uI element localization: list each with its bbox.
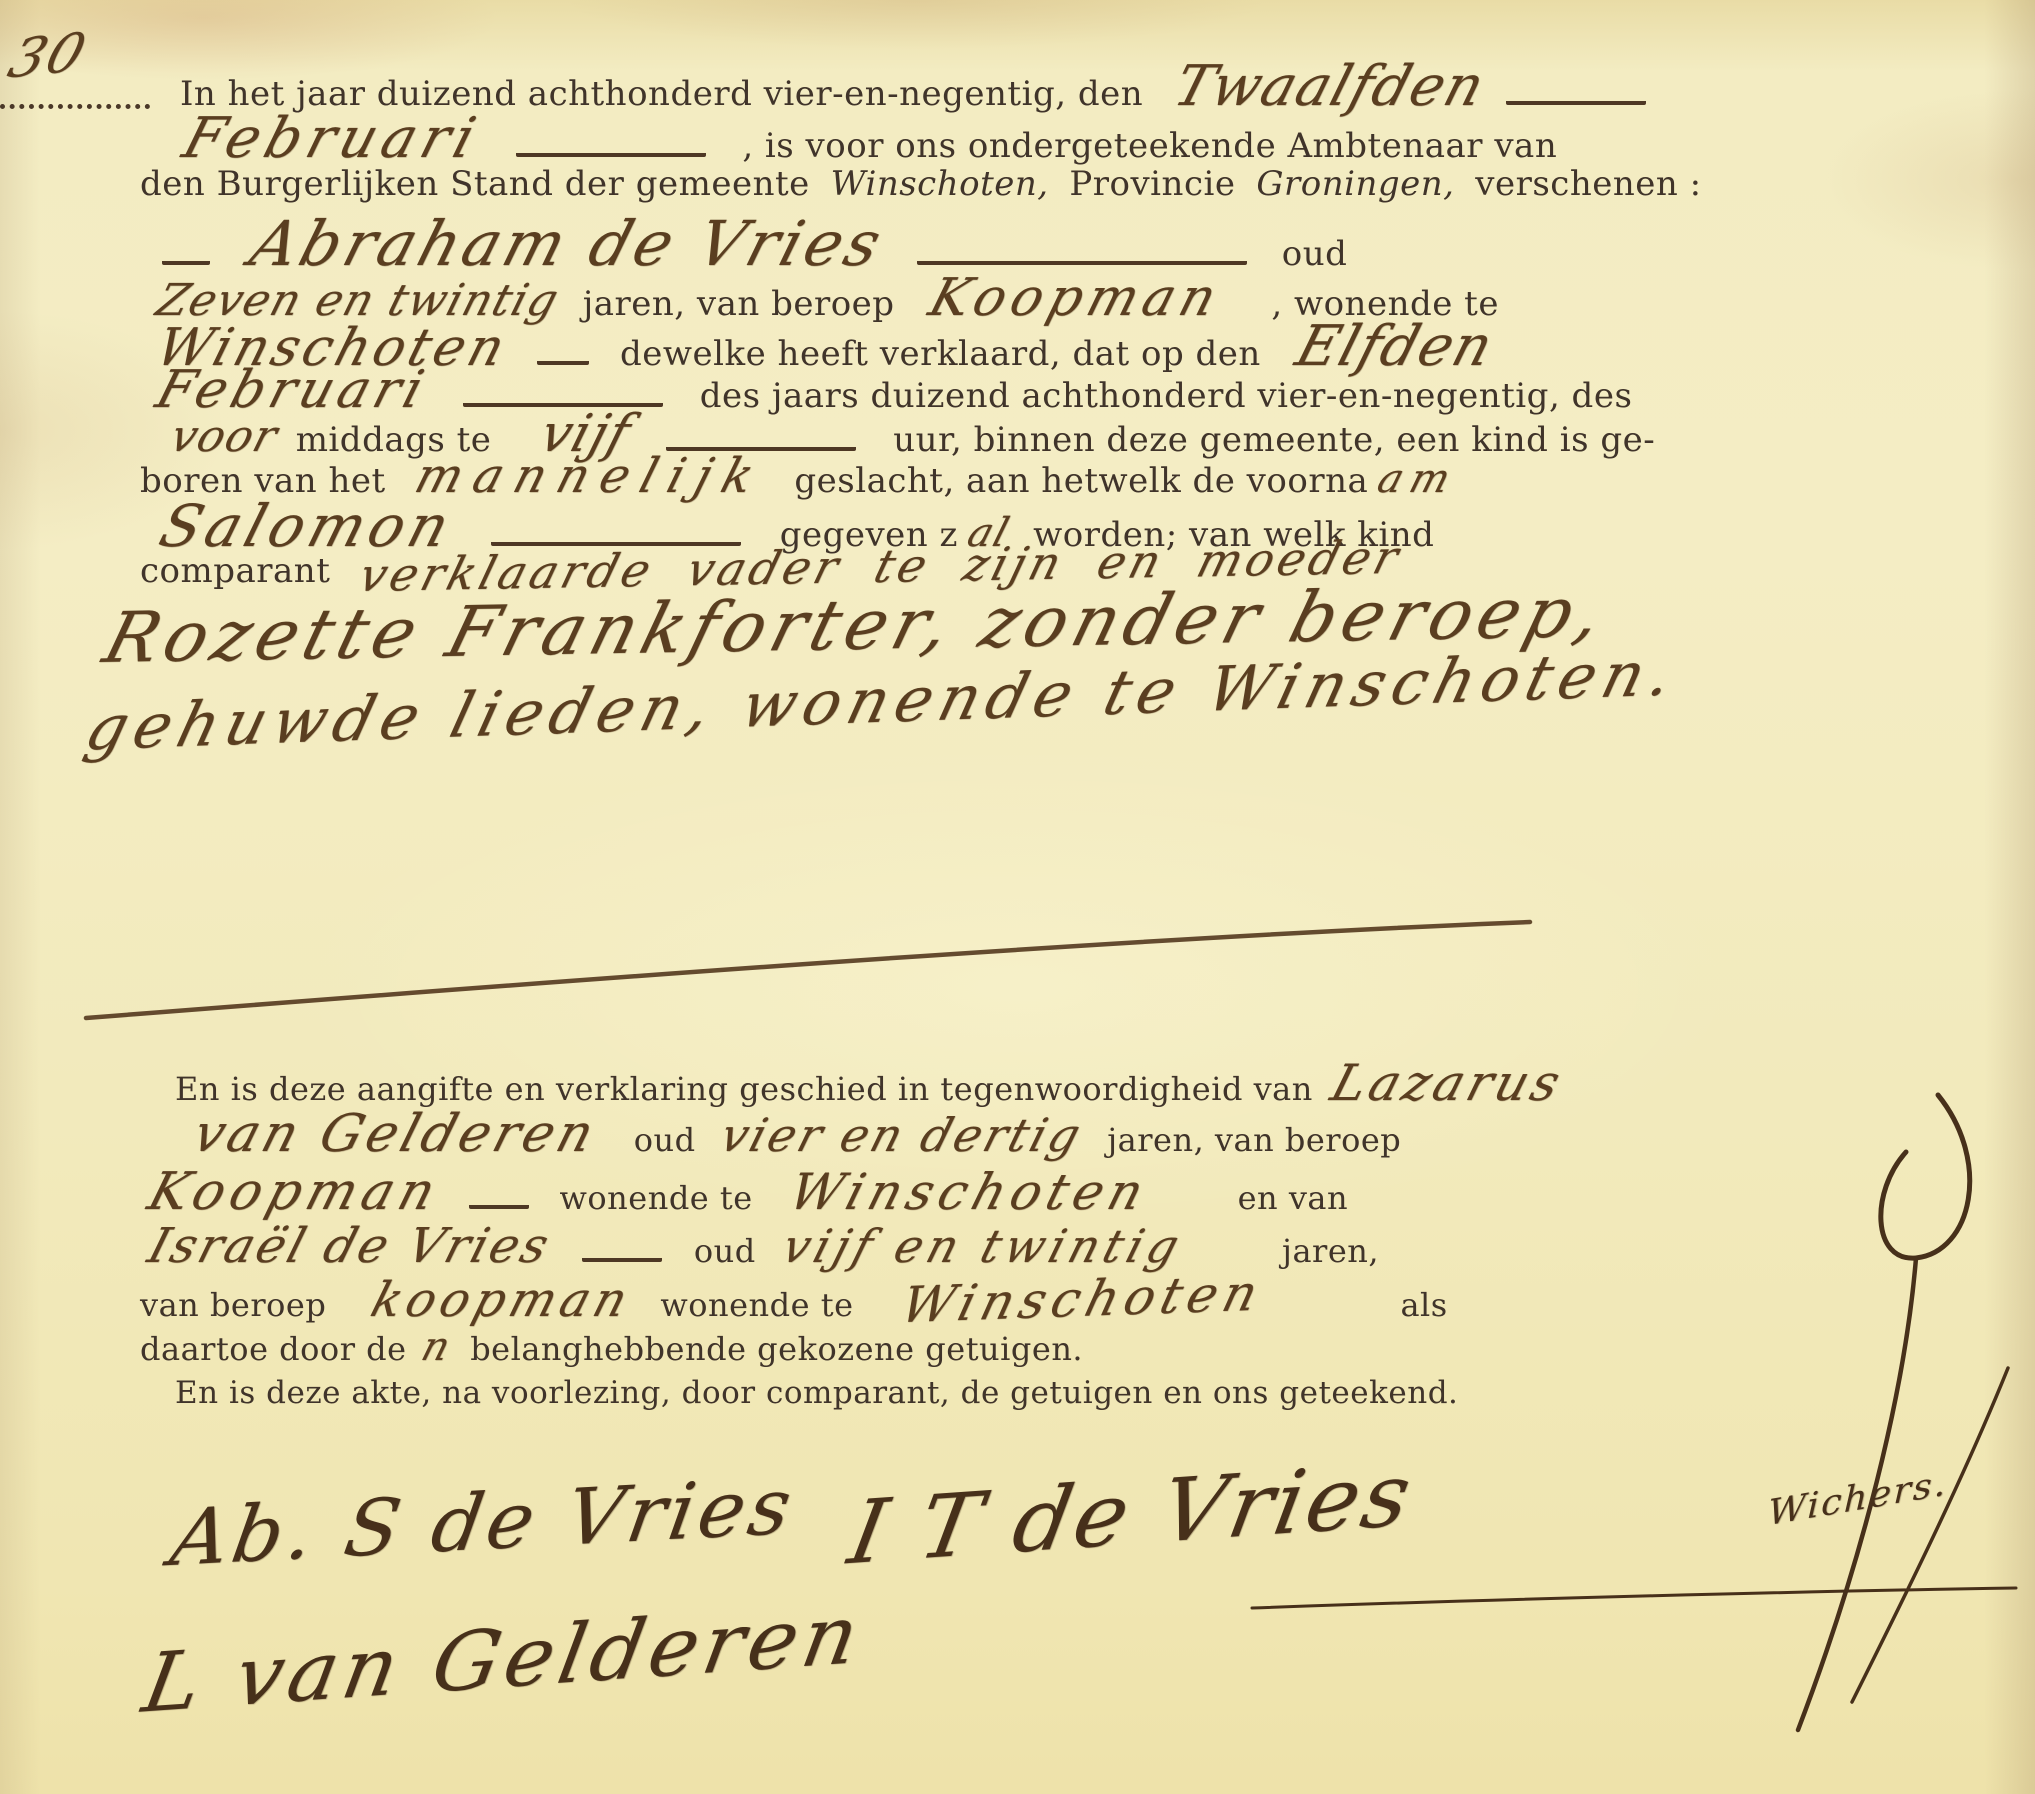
printed-en-van: en van bbox=[1238, 1179, 1348, 1217]
printed-oud-w1: oud bbox=[634, 1121, 696, 1159]
printed-province: Groningen, bbox=[1256, 164, 1454, 204]
witness1-age: vier en dertig bbox=[713, 1107, 1089, 1165]
printed-oud-w2: oud bbox=[694, 1232, 756, 1270]
official-flourish-loop bbox=[1881, 1095, 1970, 1258]
printed-province-label: Provincie bbox=[1069, 164, 1235, 204]
birth-record-page: 30 In het jaar duizend achthonderd vier-… bbox=[0, 0, 2035, 1794]
blank-line bbox=[162, 256, 210, 265]
act-number: 30 bbox=[1, 18, 95, 93]
printed-registrar-intro: , is voor ons ondergeteekende Ambtenaar … bbox=[742, 126, 1557, 166]
printed-municipality: Winschoten, bbox=[831, 164, 1049, 204]
printed-appeared: verschenen : bbox=[1475, 164, 1701, 204]
blank-line bbox=[469, 1200, 529, 1209]
printed-wonende-te-w2: wonende te bbox=[660, 1286, 853, 1324]
section-strike-line bbox=[86, 922, 1530, 1018]
printed-daartoe-door-de: daartoe door de bbox=[140, 1330, 407, 1368]
witness2-profession: koopman bbox=[364, 1270, 639, 1330]
printed-wonende-te-w1: wonende te bbox=[560, 1179, 753, 1217]
printed-closing-statement: En is deze akte, na voorlezing, door com… bbox=[175, 1375, 1458, 1411]
signature-witness1: L van Gelderen bbox=[136, 1587, 870, 1731]
blank-line bbox=[582, 1253, 662, 1262]
witness1-surname: van Gelderen bbox=[186, 1102, 605, 1167]
official-flourish-second bbox=[1852, 1368, 2008, 1702]
signature-official: Wichers. bbox=[1767, 1463, 1948, 1534]
printed-van-beroep-w2: van beroep bbox=[140, 1286, 326, 1324]
act-number-dotted-line bbox=[0, 104, 150, 109]
blank-line bbox=[917, 256, 1247, 265]
printed-als: als bbox=[1400, 1286, 1447, 1324]
printed-civil-registry: den Burgerlijken Stand der gemeente bbox=[140, 164, 810, 204]
printed-jaren-beroep-w1: jaren, van beroep bbox=[1107, 1121, 1401, 1159]
signature-witness2: I T de Vries bbox=[842, 1443, 1421, 1584]
signature-tail-line bbox=[1252, 1588, 2016, 1608]
inserted-letter: n bbox=[416, 1322, 458, 1372]
printed-jaren-w2: jaren, bbox=[1282, 1232, 1379, 1270]
signature-father: Ab. S de Vries bbox=[165, 1462, 801, 1584]
blank-line bbox=[516, 148, 706, 157]
printed-gekozene-getuigen: belanghebbende gekozene getuigen. bbox=[470, 1330, 1083, 1368]
witness2-name: Israël de Vries bbox=[141, 1216, 558, 1276]
witness1-residence: Winschoten bbox=[782, 1161, 1156, 1224]
